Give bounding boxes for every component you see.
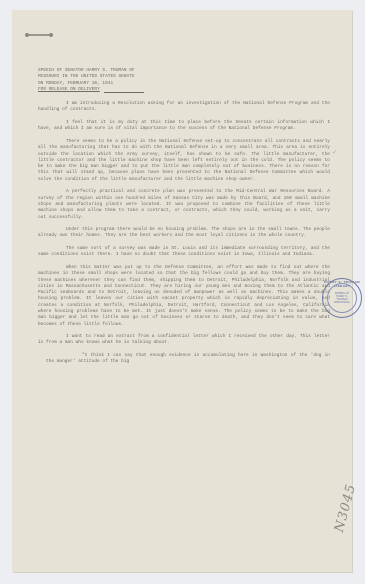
heading-line-3: ON MONDAY, FEBRUARY 10, 1941	[38, 81, 113, 86]
paragraph: There seems to be a policy in the Nation…	[38, 139, 330, 183]
heading-line-2: MISSOURI IN THE UNITED STATES SENATE	[38, 74, 135, 79]
heading-line-4: FOR RELEASE ON DELIVERY	[38, 87, 100, 92]
paragraph: Under this program there would be no hou…	[38, 227, 330, 240]
stamp-ring-text: HARRY S. TRUMAN LIBRARY	[323, 280, 361, 288]
paragraph: A perfectly practical and concrete plan …	[38, 189, 330, 220]
document-page: SPEECH OF SENATOR HARRY S. TRUMAN OF MIS…	[12, 10, 352, 572]
speech-heading: SPEECH OF SENATOR HARRY S. TRUMAN OF MIS…	[38, 68, 330, 93]
paragraph: I feel that it is my duty at this time t…	[38, 120, 330, 133]
heading-line-1: SPEECH OF SENATOR HARRY S. TRUMAN OF	[38, 68, 135, 73]
library-stamp: HARRY S. TRUMAN LIBRARY PAPERS OF HARRY …	[322, 278, 362, 318]
paragraph: I want to read an extract from a confide…	[38, 334, 330, 347]
staple-mark	[26, 34, 52, 36]
handwritten-annotation: N3045	[332, 482, 359, 534]
paragraph: When this matter was put up to the Defen…	[38, 265, 330, 328]
check-mark: ✓	[332, 148, 338, 156]
heading-underline	[104, 92, 144, 93]
stamp-inner-text: PAPERS OF HARRY S. TRUMAN SENATORIAL	[330, 292, 354, 304]
speech-text: SPEECH OF SENATOR HARRY S. TRUMAN OF MIS…	[38, 68, 330, 372]
paragraph: I am introducing a Resolution asking for…	[38, 101, 330, 114]
paragraph: The same sort of a survey was made in St…	[38, 246, 330, 259]
stamp-line-3: SENATORIAL	[330, 301, 354, 304]
quoted-letter: "I think I can say that enough evidence …	[38, 353, 330, 366]
